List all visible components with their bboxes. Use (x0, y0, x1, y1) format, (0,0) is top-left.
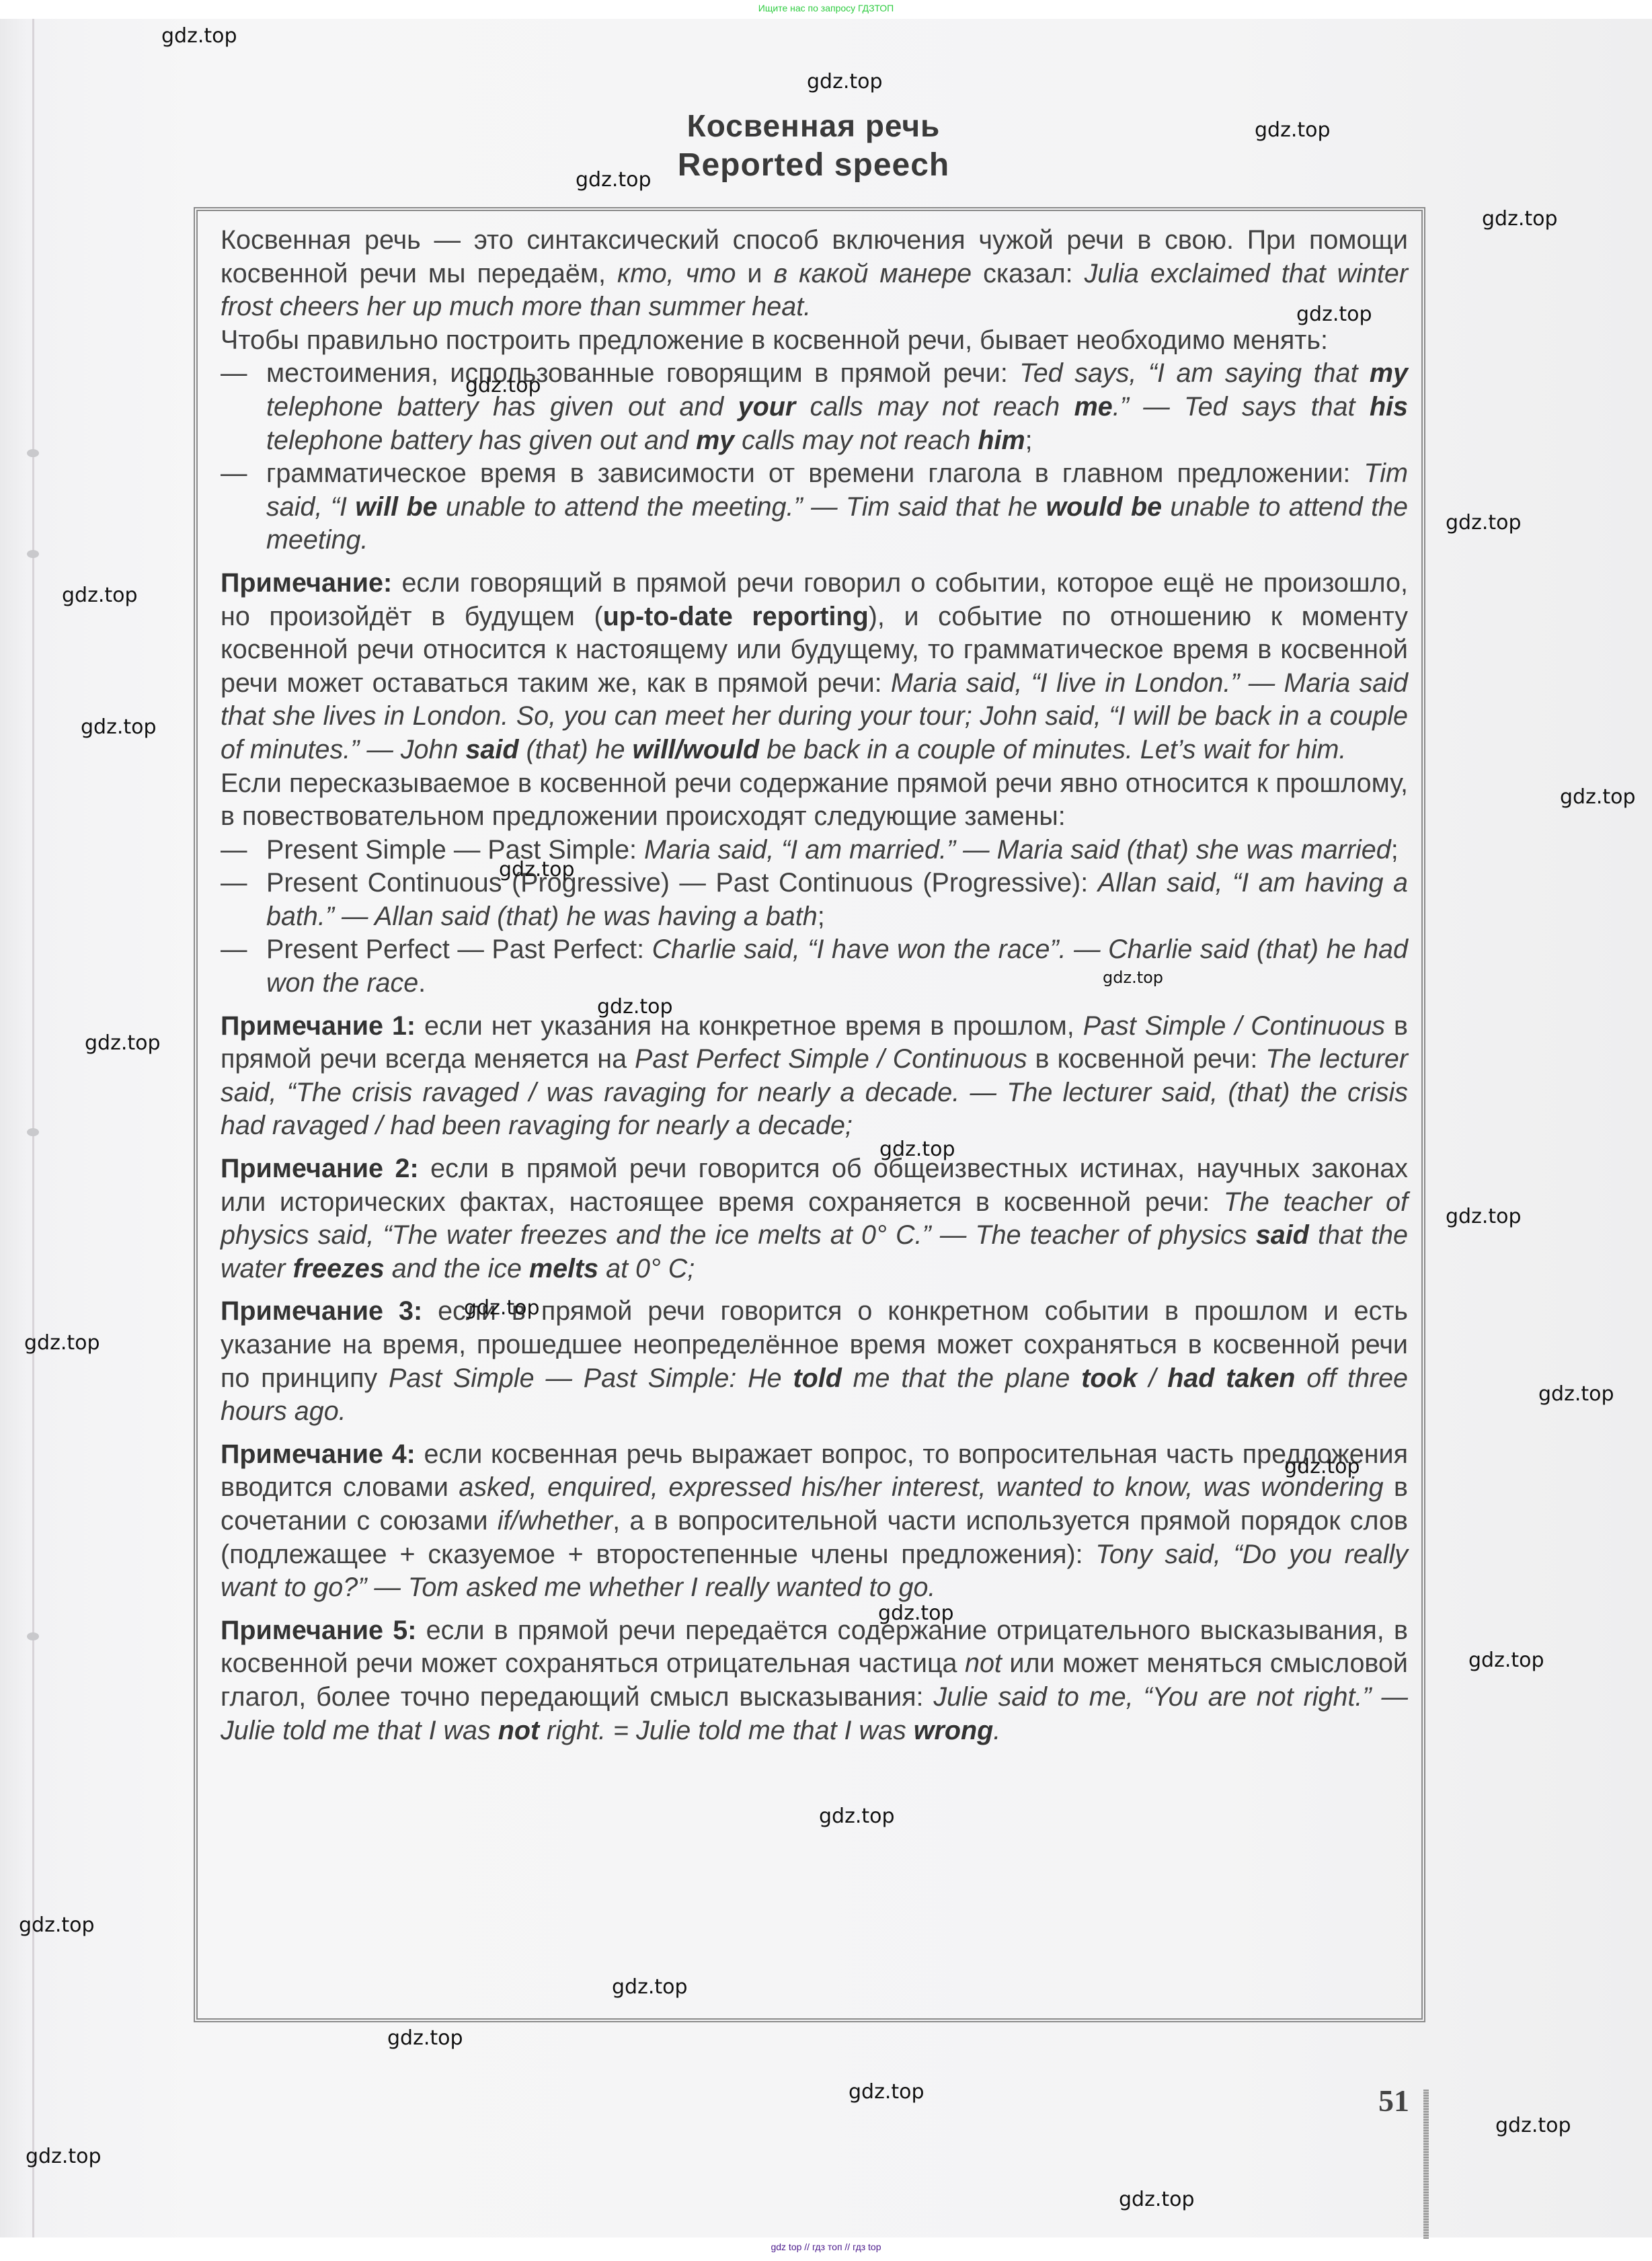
watermark: gdz.top (879, 1138, 955, 1161)
replacement-item: —Present Continuous (Progressive) — Past… (221, 867, 1408, 933)
replacement-item: —Present Simple — Past Simple: Maria sai… (221, 834, 1408, 867)
watermark: gdz.top (597, 995, 673, 1019)
past-intro: Если пересказываемое в косвенной речи со… (221, 767, 1408, 834)
watermark: gdz.top (576, 168, 652, 192)
watermark: gdz.top (1538, 1382, 1614, 1406)
watermark: gdz.top (26, 2145, 102, 2168)
section-title-en: Reported speech (0, 147, 1627, 184)
watermark: gdz.top (1446, 1205, 1522, 1228)
rule-content: Косвенная речь — это синтаксический спос… (221, 224, 1408, 1747)
change-intro: Чтобы правильно построить предложение в … (221, 324, 1408, 358)
watermark: gdz.top (1296, 303, 1372, 326)
replacement-item: —Present Perfect — Past Perfect: Charlie… (221, 933, 1408, 1000)
watermark: gdz.top (878, 1601, 954, 1625)
watermark: gdz.top (1284, 1455, 1360, 1478)
page-edge-rule (1423, 2090, 1429, 2239)
watermark: gdz.top (612, 1975, 688, 1999)
watermark: gdz.top (1495, 2114, 1571, 2137)
note-5: Примечание 5: если в прямой речи передаё… (221, 1614, 1408, 1747)
watermark: gdz.top (1103, 968, 1163, 987)
watermark: gdz.top (849, 2080, 925, 2104)
watermark: gdz.top (1446, 511, 1522, 534)
page-number: 51 (1378, 2083, 1409, 2118)
watermark: gdz.top (807, 70, 883, 93)
watermark: gdz.top (62, 584, 138, 607)
watermark: gdz.top (1468, 1649, 1544, 1672)
watermark: gdz.top (819, 1804, 895, 1828)
top-banner[interactable]: Ищите нас по запросу ГДЗТОП (0, 3, 1652, 13)
watermark: gdz.top (85, 1031, 161, 1055)
watermark: gdz.top (387, 2026, 463, 2050)
change-item-tense: —грамматическое время в зависимости от в… (221, 457, 1408, 557)
watermark: gdz.top (1560, 785, 1636, 809)
watermark: gdz.top (1255, 118, 1331, 142)
note-3: Примечание 3: если в прямой речи говорит… (221, 1295, 1408, 1428)
note-2: Примечание 2: если в прямой речи говорит… (221, 1152, 1408, 1285)
footer-links[interactable]: gdz top // гдз топ // гдз top (0, 2242, 1652, 2252)
stitch-mark (27, 550, 39, 558)
note-up-to-date: Примечание: если говорящий в прямой речи… (221, 567, 1408, 767)
watermark: gdz.top (464, 1296, 540, 1320)
watermark: gdz.top (81, 715, 157, 739)
stitch-mark (27, 1632, 39, 1640)
note-4: Примечание 4: если косвенная речь выража… (221, 1438, 1408, 1605)
watermark: gdz.top (465, 374, 541, 397)
intro-paragraph: Косвенная речь — это синтаксический спос… (221, 224, 1408, 324)
stitch-mark (27, 1128, 39, 1136)
watermark: gdz.top (19, 1913, 95, 1937)
watermark: gdz.top (499, 858, 575, 881)
change-item-pronouns: —местоимения, использованные говорящим в… (221, 357, 1408, 457)
watermark: gdz.top (1119, 2188, 1195, 2211)
watermark: gdz.top (24, 1331, 100, 1355)
section-title-ru: Косвенная речь (0, 108, 1627, 144)
stitch-mark (27, 449, 39, 457)
watermark: gdz.top (161, 24, 237, 48)
watermark: gdz.top (1482, 207, 1558, 231)
note-1: Примечание 1: если нет указания на конкр… (221, 1010, 1408, 1143)
